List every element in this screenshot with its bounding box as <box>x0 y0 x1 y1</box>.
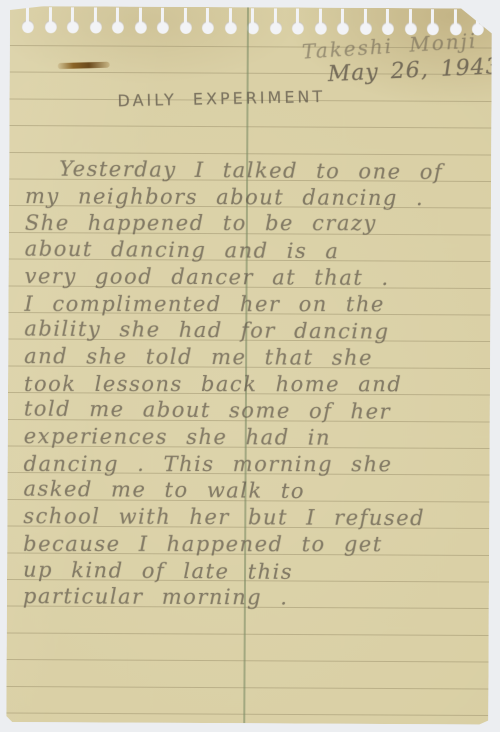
handwriting-line: took lessons back home and <box>24 370 402 397</box>
punched-hole <box>44 20 56 33</box>
punched-hole <box>224 21 236 34</box>
handwriting-line: dancing . This morning she <box>24 451 393 478</box>
handwriting-line: I complimented her on the <box>24 290 384 317</box>
handwriting-line: very good dancer at that . <box>25 263 390 292</box>
handwriting-line: and she told me that she <box>24 343 373 372</box>
punched-hole <box>112 21 124 34</box>
handwriting-line: told me about some of her <box>24 396 391 426</box>
handwriting-line: about dancing and is a <box>25 236 340 266</box>
notebook-page: Takeshi Monji May 26, 1943 DAILY EXPERIM… <box>6 6 492 725</box>
handwriting-line: particular morning . <box>23 583 289 611</box>
photo-background: Takeshi Monji May 26, 1943 DAILY EXPERIM… <box>0 0 500 732</box>
punched-hole <box>314 22 326 35</box>
punched-hole <box>337 22 349 35</box>
punched-hole <box>157 21 169 34</box>
handwriting-line: school with her but I refused <box>23 503 425 532</box>
handwriting-line: She happened to be crazy <box>25 210 377 237</box>
punched-hole <box>269 21 281 34</box>
handwriting-line: because I happened to get <box>23 531 383 558</box>
handwriting-body: Yesterday I talked to one ofmy neighbors… <box>23 156 486 638</box>
punched-hole <box>67 20 79 33</box>
handwriting-line: Yesterday I talked to one of <box>25 155 443 186</box>
handwriting-line: asked me to walk to <box>23 476 305 505</box>
punched-hole <box>89 20 101 33</box>
punched-hole <box>134 21 146 34</box>
punched-hole <box>292 21 304 34</box>
handwriting-line: experiences she had in <box>24 423 331 452</box>
punched-hole <box>179 21 191 34</box>
handwriting-line: up kind of late this <box>23 556 293 585</box>
handwriting-line: my neighbors about dancing . <box>25 183 424 212</box>
punched-hole <box>359 22 371 35</box>
punched-hole <box>22 20 34 33</box>
handwriting-line: ability she had for dancing <box>24 316 389 346</box>
punched-hole <box>202 21 214 34</box>
